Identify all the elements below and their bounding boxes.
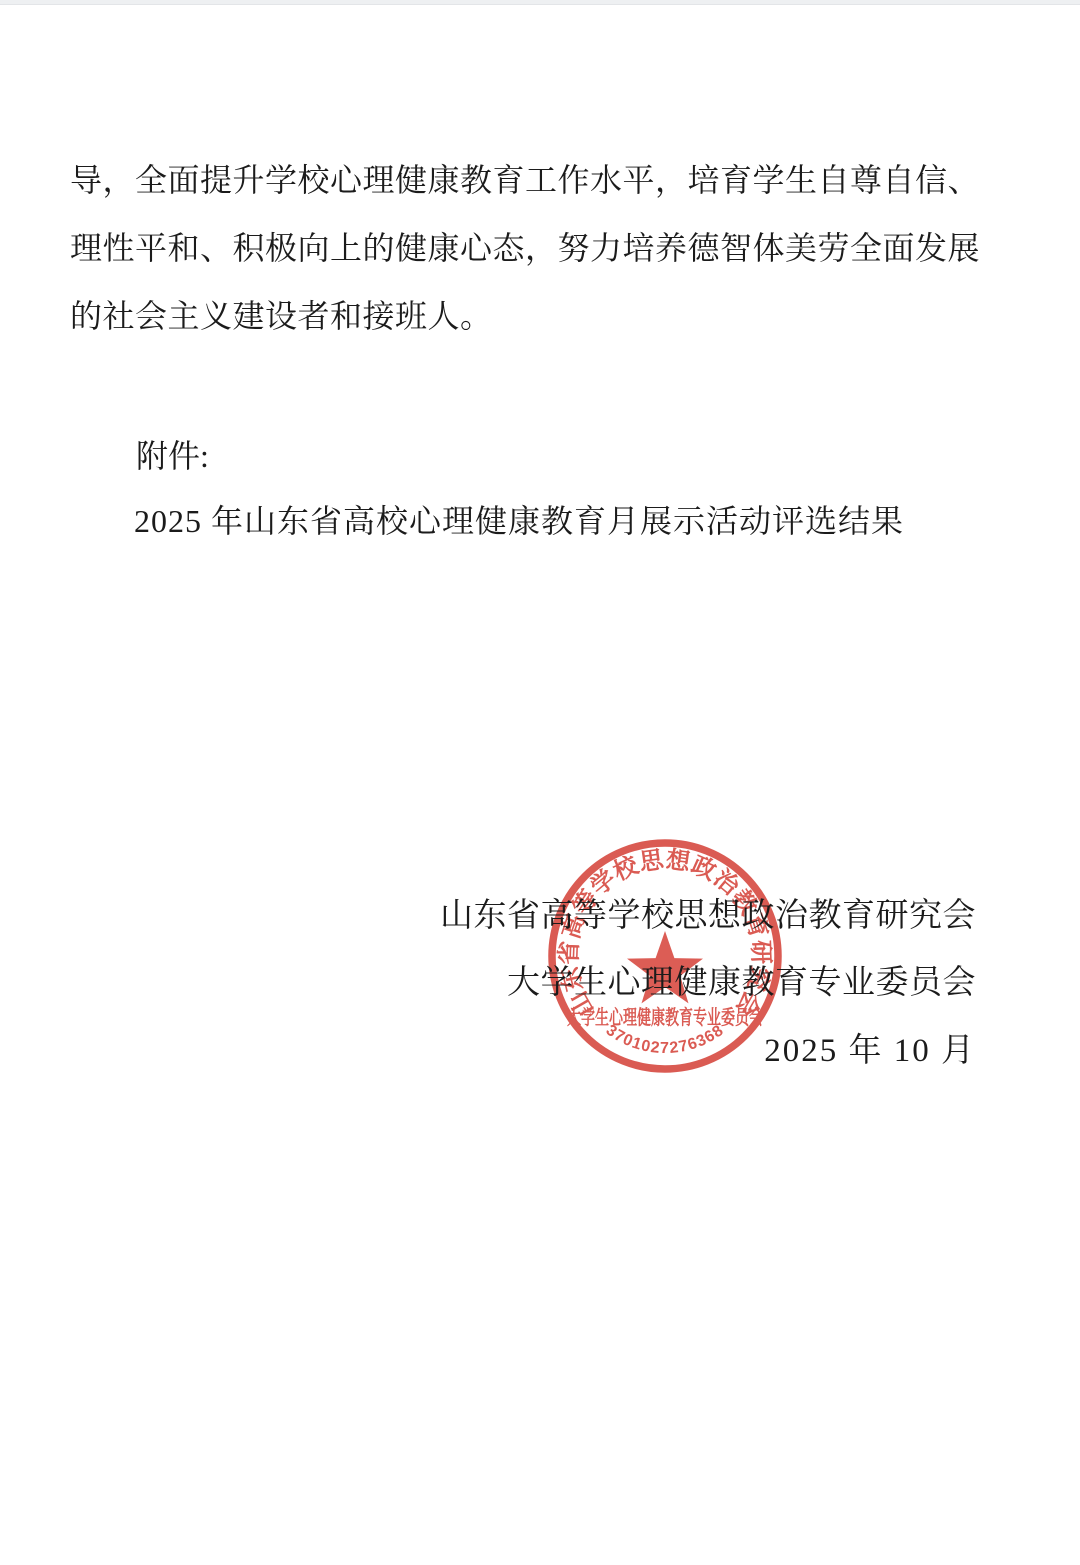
paragraph-line: 的社会主义建设者和接班人。 xyxy=(70,282,1000,350)
attachment-title: 2025 年山东省高校心理健康教育月展示活动评选结果 xyxy=(134,496,904,542)
signature-org-line2: 大学生心理健康教育专业委员会 xyxy=(507,956,976,1003)
body-paragraph: 导，全面提升学校心理健康教育工作水平，培育学生自尊自信、 理性平和、积极向上的健… xyxy=(70,146,1000,350)
paragraph-line: 导，全面提升学校心理健康教育工作水平，培育学生自尊自信、 xyxy=(70,146,1000,214)
signature-date: 2025 年 10 月 xyxy=(764,1024,976,1071)
seal-center-text: 大学生心理健康教育专业委员会 xyxy=(567,1005,763,1029)
paragraph-line: 理性平和、积极向上的健康心态，努力培养德智体美劳全面发展 xyxy=(70,214,1000,282)
attachment-label: 附件: xyxy=(136,431,209,477)
signature-org-line1: 山东省高等学校思想政治教育研究会 xyxy=(440,889,976,936)
top-edge-bar xyxy=(0,0,1080,5)
